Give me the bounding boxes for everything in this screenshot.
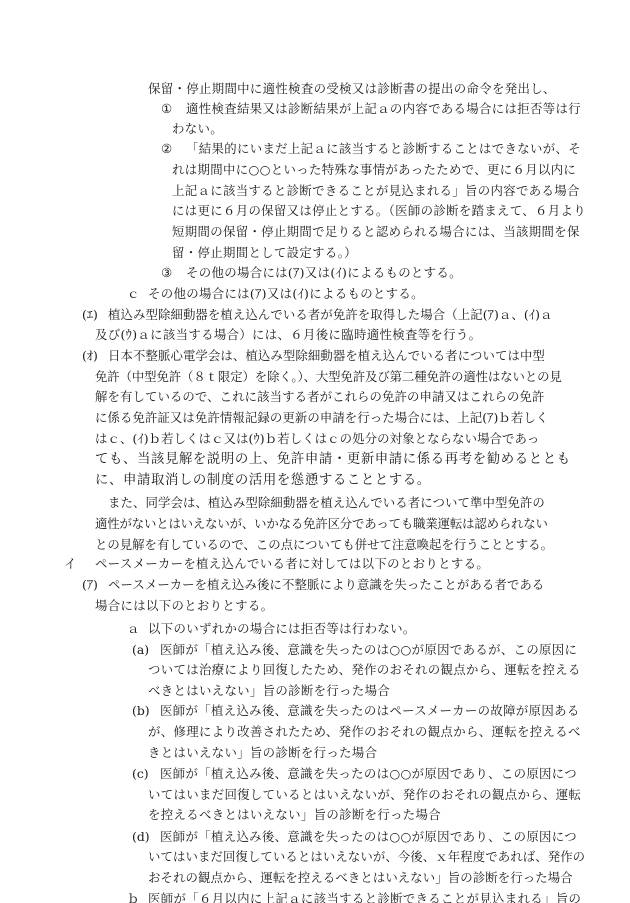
paragraph-line: 医師が「植え込み後、意識を失ったのは○○が原因であり、この原因につ xyxy=(160,766,577,782)
paragraph-line: おそれの観点から、運転を控えるべきとはいえない」旨の診断を行った場合 xyxy=(148,870,573,886)
paragraph-line: 適性検査結果又は診断結果が上記ａの内容である場合には拒否等は行 xyxy=(186,101,581,117)
item-label-b-small: (b) xyxy=(132,703,150,719)
paragraph-line: 留・停止期間として設定する。） xyxy=(172,245,357,261)
paragraph-line: 解を有しているので、これに該当する者がこれらの免許の申請又はこれらの免許 xyxy=(95,389,544,405)
paragraph-line: に係る免許証又は免許情報記録の更新の申請を行った場合には、上記(ｱ)ｂ若しく xyxy=(95,410,548,426)
item-label-circled-2: ② xyxy=(161,141,172,157)
paragraph-line: ペースメーカーを植え込み後に不整脈により意識を失ったことがある者である xyxy=(108,577,544,593)
paragraph-line: 上記ａに該当すると診断できることが見込まれる」旨の内容である場合 xyxy=(172,183,580,199)
paragraph-line: ついては治療により回復したため、発作のおそれの観点から、運転を控える xyxy=(148,662,581,678)
paragraph-line: いてはいまだ回復しているとはいえないが、今後、ｘ年程度であれば、発作の xyxy=(148,849,585,865)
paragraph-line: 免許（中型免許（８ｔ限定）を除く。）、大型免許及び第二種免許の適性はないとの見 xyxy=(95,369,562,385)
item-label-d-small: (d) xyxy=(132,829,150,845)
item-label-a: ａ xyxy=(127,621,139,637)
paragraph-line: 場合には以下のとおりとする。 xyxy=(95,598,273,614)
paragraph-line: 以下のいずれかの場合には拒否等は行わない。 xyxy=(148,621,416,637)
paragraph-line: ても、当該見解を説明の上、免許申請・更新申請に係る再考を勧めるととも xyxy=(95,452,571,468)
paragraph-line: べきとはいえない」旨の診断を行った場合 xyxy=(148,683,390,699)
paragraph-line: に、申請取消しの制度の活用を慫慂することとする。 xyxy=(95,473,431,489)
paragraph-line: 医師が「植え込み後、意識を失ったのはペースメーカーの故障が原因ある xyxy=(160,703,580,719)
item-label-c: ｃ xyxy=(127,286,139,302)
paragraph-line: 医師が「植え込み後、意識を失ったのは○○が原因であり、この原因につ xyxy=(160,829,577,845)
item-label-c-small: (c) xyxy=(132,766,149,782)
paragraph-line: 植込み型除細動器を植え込んでいる者が免許を取得した場合（上記(ｱ)ａ、(ｲ)ａ xyxy=(108,307,553,323)
item-label-a-small: (a) xyxy=(132,642,149,658)
paragraph-line: きとはいえない」旨の診断を行った場合 xyxy=(148,745,377,761)
item-label-circled-3: ③ xyxy=(161,265,172,281)
paragraph-line: 「結果的にいまだ上記ａに該当すると診断することはできないが、そ xyxy=(186,141,581,157)
item-label-i: イ xyxy=(64,556,76,572)
item-label-circled-1: ① xyxy=(161,101,172,117)
item-label-o: (ｵ) xyxy=(82,348,98,364)
paragraph-line: 医師が「６月以内に上記ａに該当すると診断できることが見込まれる」旨の xyxy=(148,891,581,903)
paragraph-line: 保留・停止期間中に適性検査の受検又は診断書の提出の命令を発出し、 xyxy=(148,81,556,97)
item-label-b: ｂ xyxy=(127,891,139,903)
paragraph-line: わない。 xyxy=(172,121,223,137)
paragraph-line: 及び(ｳ)ａに該当する場合）には、６月後に臨時適性検査等を行う。 xyxy=(95,327,481,343)
paragraph-line: その他の場合には(ｱ)又は(ｲ)によるものとする。 xyxy=(186,265,462,281)
paragraph-line: を控えるべきとはいえない」旨の診断を行った場合 xyxy=(148,807,441,823)
paragraph-line: また、同学会は、植込み型除細動器を植え込んでいる者について準中型免許の xyxy=(108,495,545,511)
paragraph-line: 短期間の保留・停止期間で足りると認められる場合には、当該期間を保 xyxy=(172,224,580,240)
paragraph-line: はｃ、(ｲ)ｂ若しくはｃ又は(ｳ)ｂ若しくはｃの処分の対象とならない場合であっ xyxy=(95,431,539,447)
paragraph-line: との見解を有しているので、この点についても併せて注意喚起を行うこととする。 xyxy=(95,537,553,553)
paragraph-line: 日本不整脈心電学会は、植込み型除細動器を植え込んでいる者については中型 xyxy=(108,348,545,364)
paragraph-line: ペースメーカーを植え込んでいる者に対しては以下のとおりとする。 xyxy=(95,556,489,572)
paragraph-line: れは期間中に○○といった特殊な事情があったためで、更に６月以内に xyxy=(172,162,576,178)
document-page: 保留・停止期間中に適性検査の受検又は診断書の提出の命令を発出し、 ① 適性検査結… xyxy=(0,0,630,903)
item-label-a-paren: (ｱ) xyxy=(82,577,98,593)
paragraph-line: 適性がないとはいえないが、いかなる免許区分であっても職業運転は認められない xyxy=(95,516,548,532)
item-label-e: (ｴ) xyxy=(82,307,98,323)
paragraph-line: には更に６月の保留又は停止とする。（医師の診断を踏まえて、６月より xyxy=(172,203,586,219)
paragraph-line: 医師が「植え込み後、意識を失ったのは○○が原因であるが、この原因に xyxy=(160,642,577,658)
paragraph-line: が、修理により改善されたため、発作のおそれの観点から、運転を控えるべ xyxy=(148,724,581,740)
paragraph-line: その他の場合には(ｱ)又は(ｲ)によるものとする。 xyxy=(148,286,424,302)
paragraph-line: いてはいまだ回復しているとはいえないが、発作のおそれの観点から、運転 xyxy=(148,787,581,803)
